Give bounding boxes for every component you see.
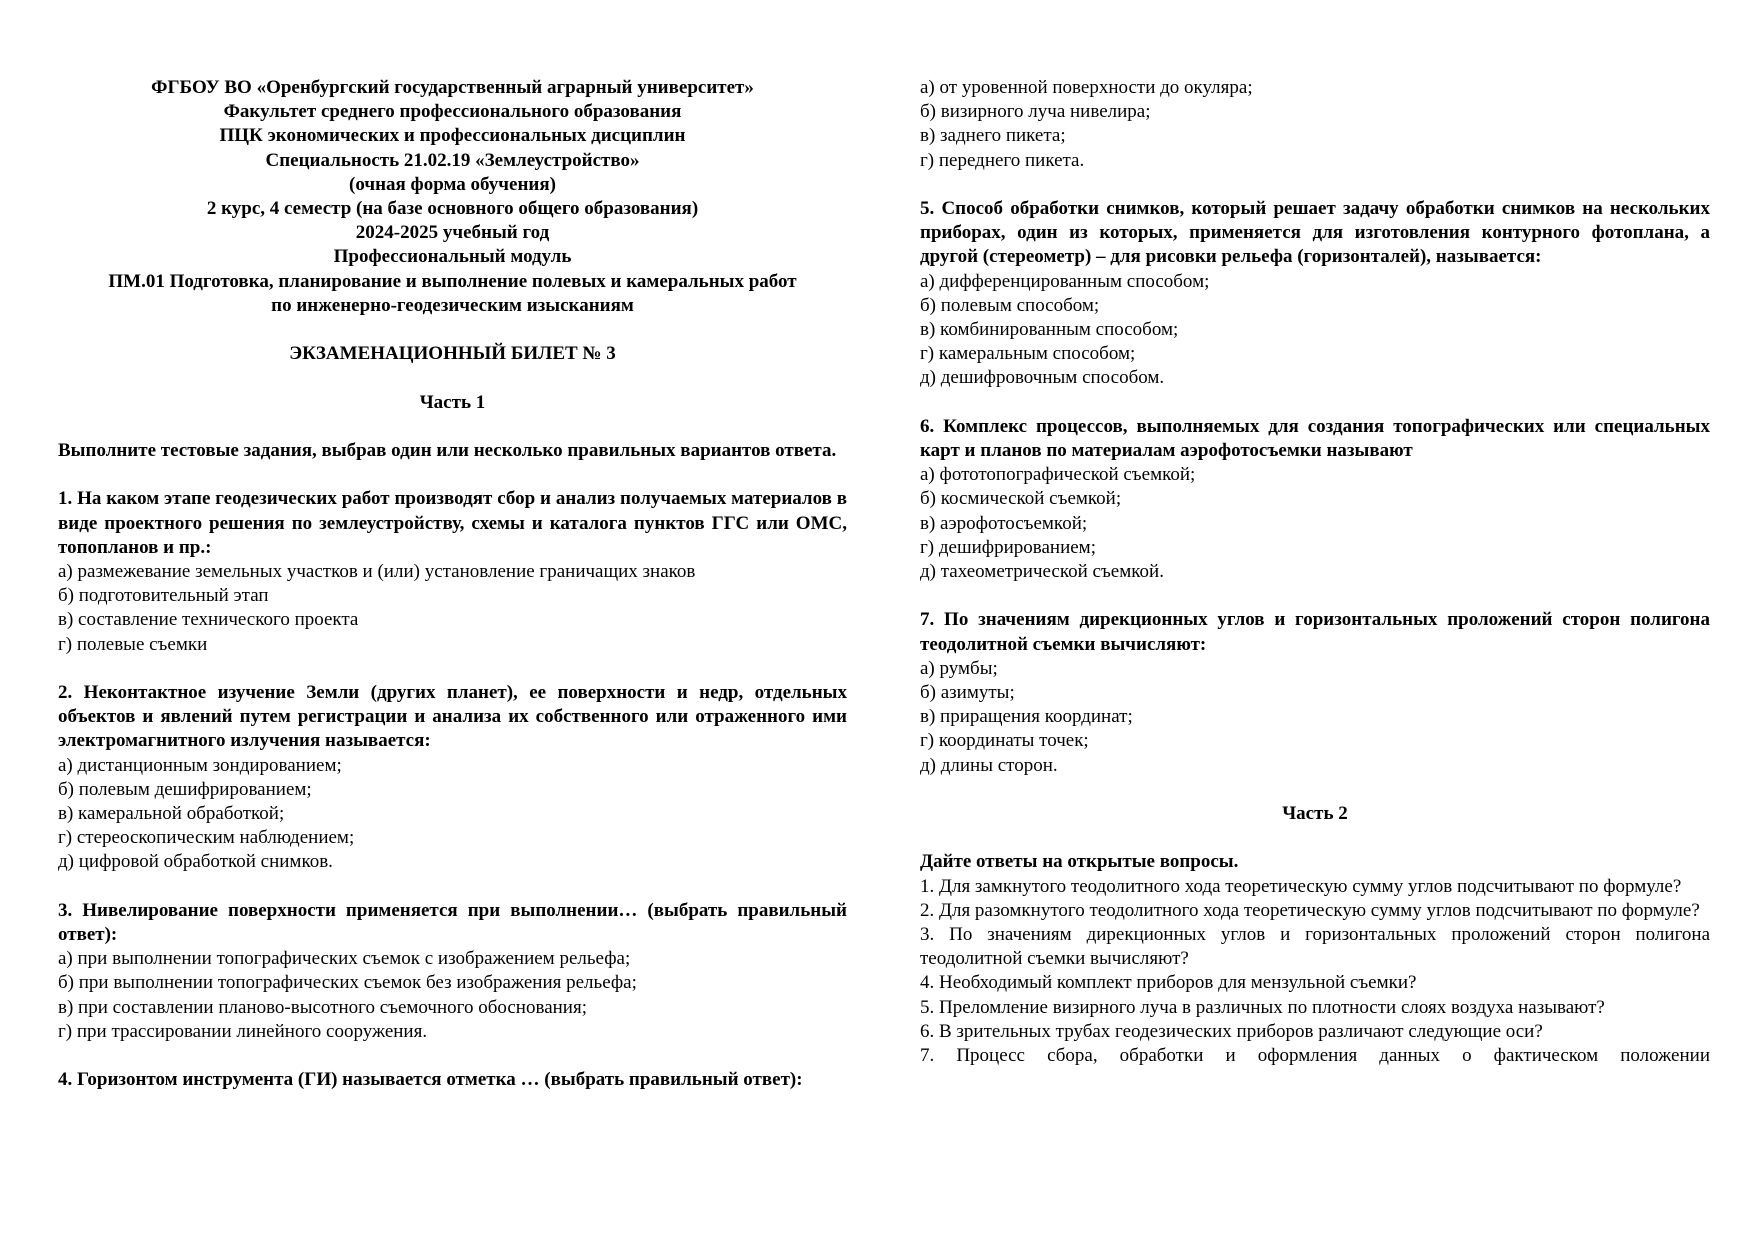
part2-title: Часть 2	[920, 802, 1710, 826]
answer-option: в) аэрофотосъемкой;	[920, 512, 1710, 536]
answer-option: б) при выполнении топографических съемок…	[58, 971, 847, 995]
question-2: 2. Неконтактное изучение Земли (других п…	[58, 681, 847, 875]
question-7: 7. По значениям дирекционных углов и гор…	[920, 608, 1710, 777]
question-5: 5. Способ обработки снимков, который реш…	[920, 197, 1710, 391]
open-question: 3. По значениям дирекционных углов и гор…	[920, 923, 1710, 971]
question-1: 1. На каком этапе геодезических работ пр…	[58, 487, 847, 656]
left-column: ФГБОУ ВО «Оренбургский государственный а…	[58, 76, 847, 1092]
answer-option: г) камеральным способом;	[920, 342, 1710, 366]
question-text: 2. Неконтактное изучение Земли (других п…	[58, 681, 847, 754]
open-questions: 1. Для замкнутого теодолитного хода теор…	[920, 875, 1710, 1069]
part2-instruction: Дайте ответы на открытые вопросы.	[920, 850, 1710, 874]
question-text: 7. По значениям дирекционных углов и гор…	[920, 608, 1710, 656]
answer-option: а) дифференцированным способом;	[920, 270, 1710, 294]
answer-option: б) полевым способом;	[920, 294, 1710, 318]
answer-option: а) дистанционным зондированием;	[58, 754, 847, 778]
header-line: Факультет среднего профессионального обр…	[58, 100, 847, 124]
open-question: 4. Необходимый комплект приборов для мен…	[920, 971, 1710, 995]
answer-option: а) от уровенной поверхности до окуляра;	[920, 76, 1710, 100]
header-line: ФГБОУ ВО «Оренбургский государственный а…	[58, 76, 847, 100]
answer-option: д) длины сторон.	[920, 754, 1710, 778]
header-line: (очная форма обучения)	[58, 173, 847, 197]
answer-option: а) размежевание земельных участков и (ил…	[58, 560, 847, 584]
answer-option: г) дешифрированием;	[920, 536, 1710, 560]
answer-option: в) заднего пикета;	[920, 124, 1710, 148]
header-line: 2024-2025 учебный год	[58, 221, 847, 245]
header-line: Профессиональный модуль	[58, 245, 847, 269]
answer-option: б) подготовительный этап	[58, 584, 847, 608]
header-line: 2 курс, 4 семестр (на базе основного общ…	[58, 197, 847, 221]
question-text: 5. Способ обработки снимков, который реш…	[920, 197, 1710, 270]
answer-option: г) переднего пикета.	[920, 149, 1710, 173]
answer-option: б) визирного луча нивелира;	[920, 100, 1710, 124]
answer-option: д) тахеометрической съемкой.	[920, 560, 1710, 584]
answer-option: б) полевым дешифрированием;	[58, 778, 847, 802]
answer-option: в) при составлении планово-высотного съе…	[58, 996, 847, 1020]
question-text: 3. Нивелирование поверхности применяется…	[58, 899, 847, 947]
open-question: 1. Для замкнутого теодолитного хода теор…	[920, 875, 1710, 899]
answer-option: б) космической съемкой;	[920, 487, 1710, 511]
question-4-options: а) от уровенной поверхности до окуляра; …	[920, 76, 1710, 173]
open-question: 5. Преломление визирного луча в различны…	[920, 996, 1710, 1020]
answer-option: г) полевые съемки	[58, 633, 847, 657]
answer-option: д) цифровой обработкой снимков.	[58, 850, 847, 874]
part1-instruction: Выполните тестовые задания, выбрав один …	[58, 439, 847, 463]
answer-option: г) стереоскопическим наблюдением;	[58, 826, 847, 850]
document-header: ФГБОУ ВО «Оренбургский государственный а…	[58, 76, 847, 318]
answer-option: а) румбы;	[920, 657, 1710, 681]
header-line: ПЦК экономических и профессиональных дис…	[58, 124, 847, 148]
answer-option: в) комбинированным способом;	[920, 318, 1710, 342]
open-question: 2. Для разомкнутого теодолитного хода те…	[920, 899, 1710, 923]
open-question: 6. В зрительных трубах геодезических при…	[920, 1020, 1710, 1044]
answer-option: б) азимуты;	[920, 681, 1710, 705]
header-line: Специальность 21.02.19 «Землеустройство»	[58, 149, 847, 173]
answer-option: г) при трассировании линейного сооружени…	[58, 1020, 847, 1044]
question-text: 6. Комплекс процессов, выполняемых для с…	[920, 415, 1710, 463]
ticket-title: ЭКЗАМЕНАЦИОННЫЙ БИЛЕТ № 3	[58, 342, 847, 366]
open-question: 7. Процесс сбора, обработки и оформления…	[920, 1044, 1710, 1068]
question-text: 4. Горизонтом инструмента (ГИ) называетс…	[58, 1068, 847, 1092]
answer-option: а) при выполнении топографических съемок…	[58, 947, 847, 971]
header-line: по инженерно-геодезическим изысканиям	[58, 294, 847, 318]
answer-option: в) составление технического проекта	[58, 608, 847, 632]
part1-title: Часть 1	[58, 391, 847, 415]
question-6: 6. Комплекс процессов, выполняемых для с…	[920, 415, 1710, 584]
answer-option: г) координаты точек;	[920, 729, 1710, 753]
answer-option: д) дешифровочным способом.	[920, 366, 1710, 390]
answer-option: в) приращения координат;	[920, 705, 1710, 729]
question-3: 3. Нивелирование поверхности применяется…	[58, 899, 847, 1044]
answer-option: в) камеральной обработкой;	[58, 802, 847, 826]
header-line: ПМ.01 Подготовка, планирование и выполне…	[58, 270, 847, 294]
answer-option: а) фототопографической съемкой;	[920, 463, 1710, 487]
right-column: а) от уровенной поверхности до окуляра; …	[920, 76, 1710, 1068]
question-text: 1. На каком этапе геодезических работ пр…	[58, 487, 847, 560]
question-4: 4. Горизонтом инструмента (ГИ) называетс…	[58, 1068, 847, 1092]
